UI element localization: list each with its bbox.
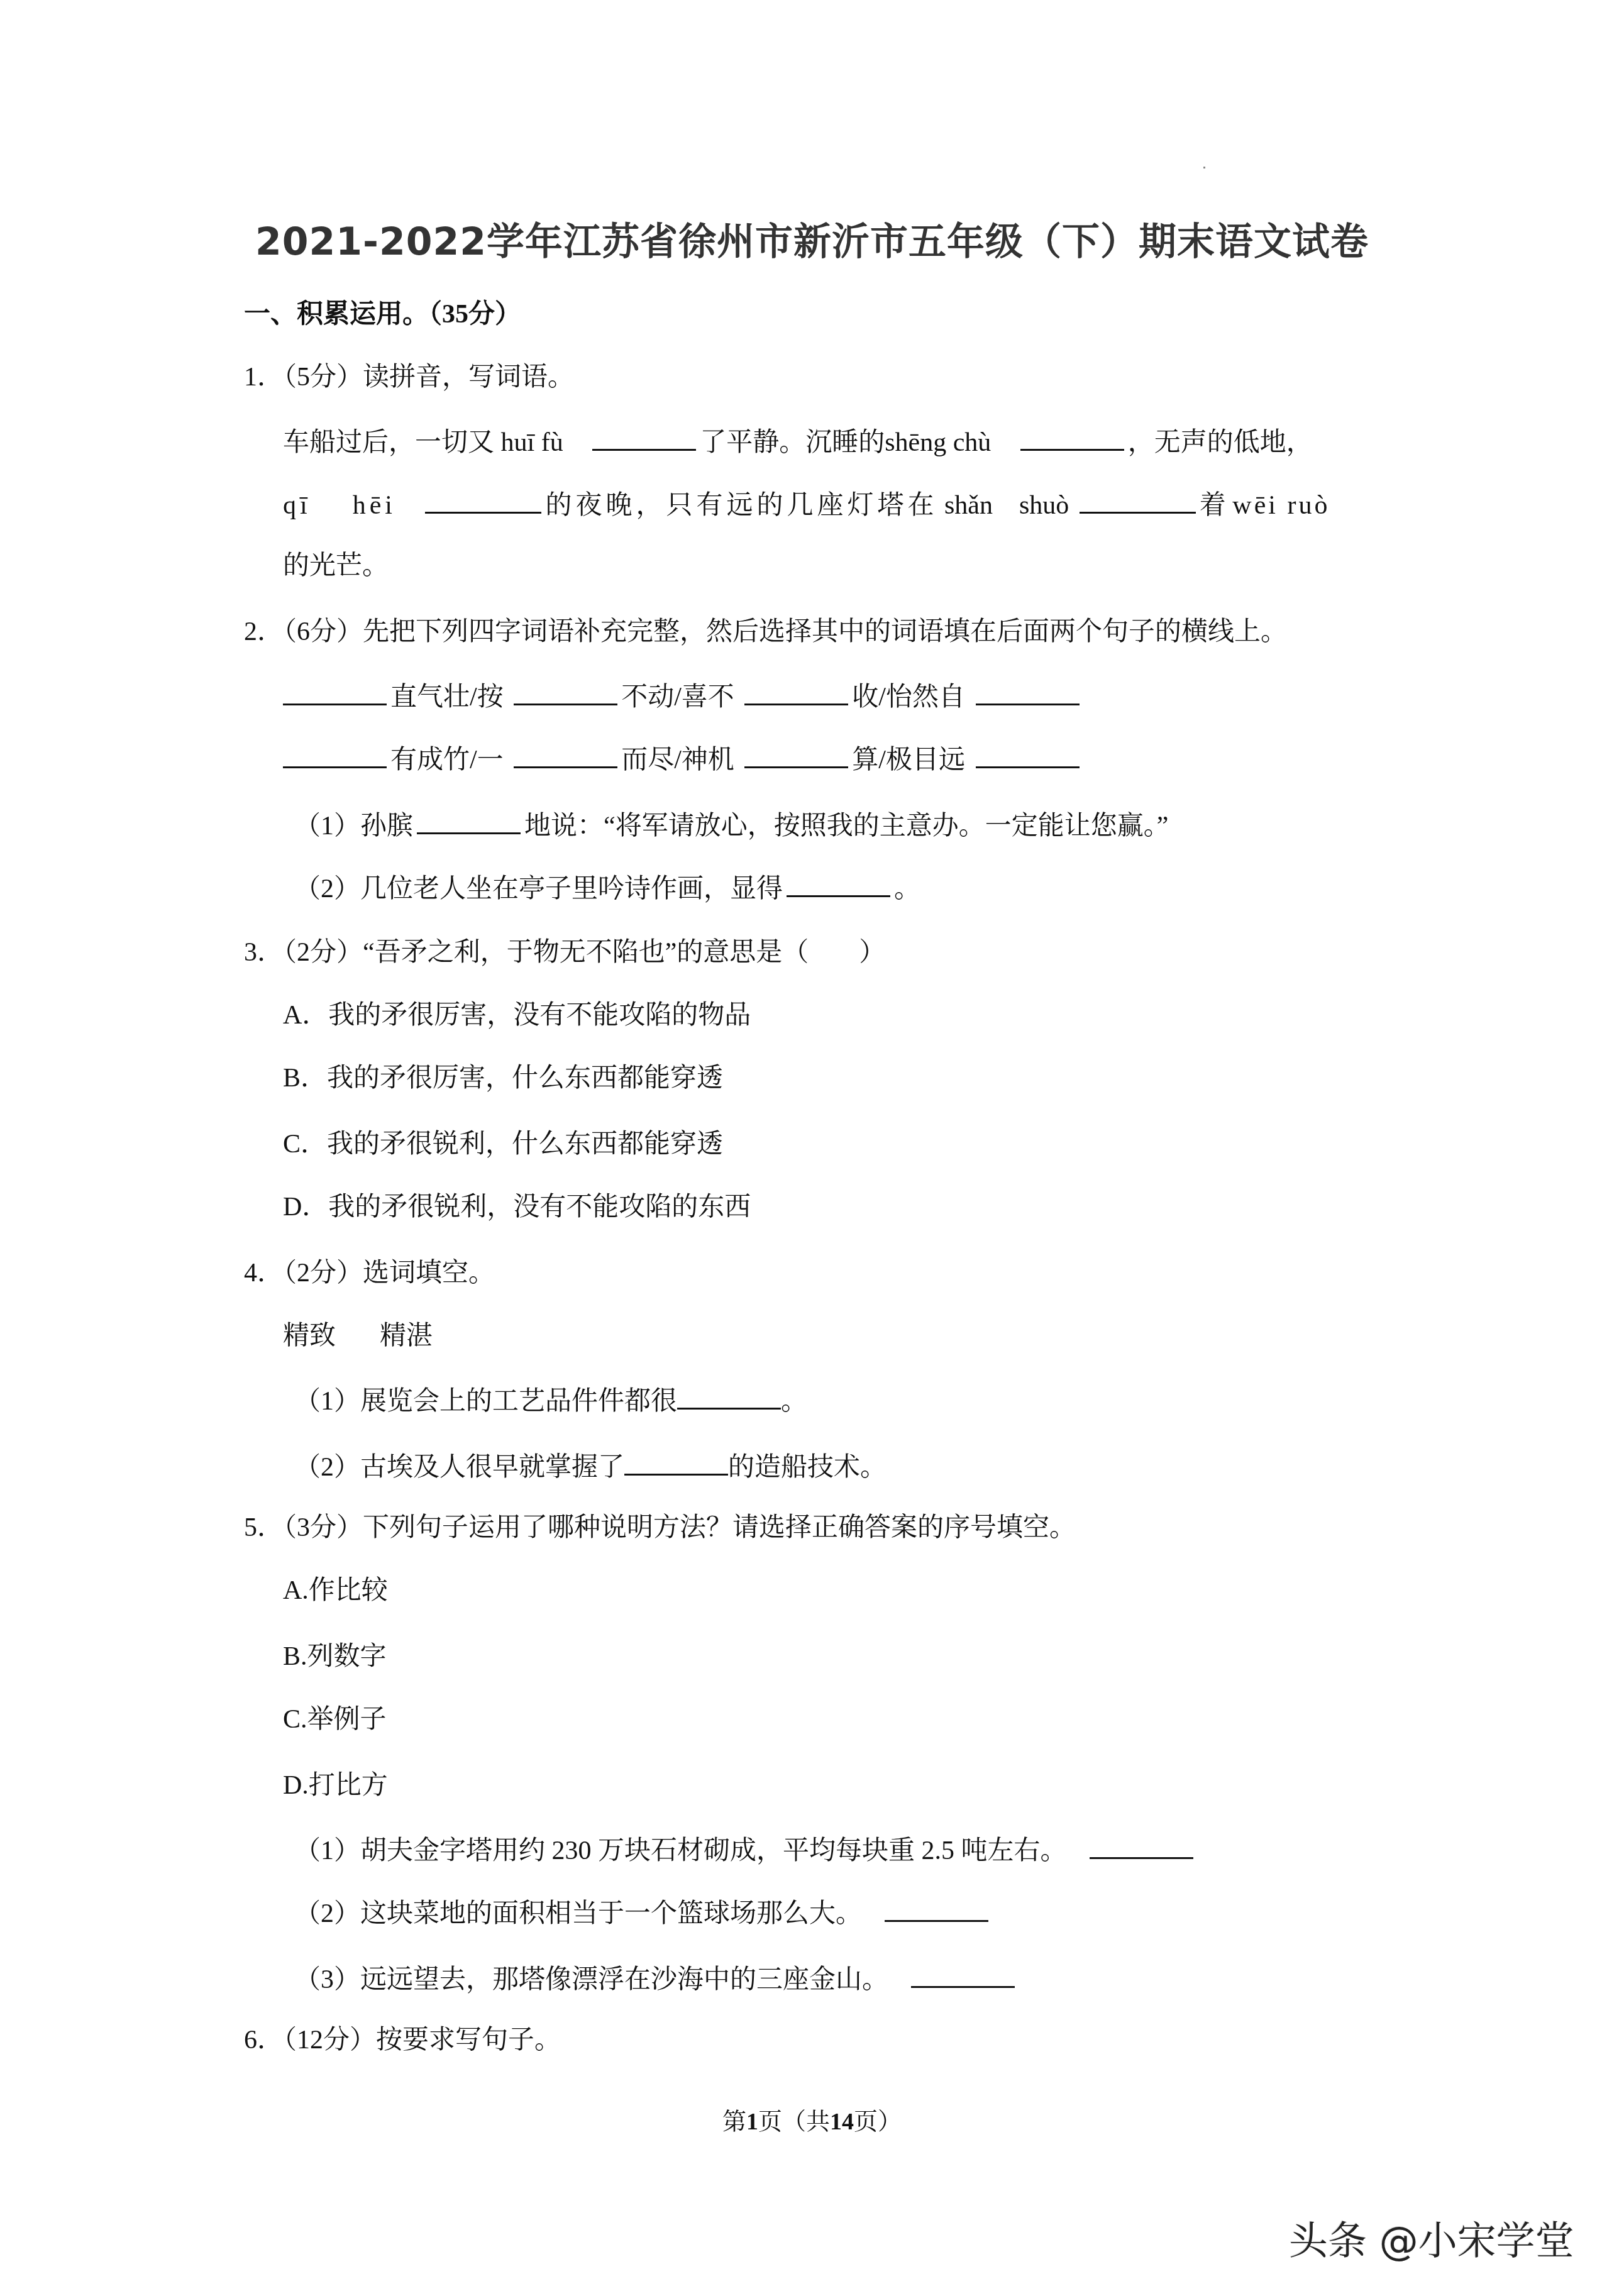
- question-5-stem: 5．（3分）下列句子运用了哪种说明方法？请选择正确答案的序号填空。: [244, 1509, 1076, 1547]
- answer-blank[interactable]: [283, 676, 387, 705]
- text: 第: [722, 2109, 746, 2135]
- answer-blank[interactable]: [624, 1446, 728, 1476]
- option-a[interactable]: A．我的矛很厉害，没有不能攻陷的物品: [283, 996, 751, 1034]
- idiom-fragment: 不动/喜不: [621, 683, 734, 712]
- answer-blank[interactable]: [976, 676, 1080, 705]
- page-total: 14: [830, 2109, 854, 2135]
- question-number: 4．: [244, 1259, 284, 1288]
- question-4-stem: 4．（2分）选词填空。: [244, 1254, 495, 1292]
- question-2-stem: 2．（6分）先把下列四字词语补充完整，然后选择其中的词语填在后面两个句子的横线上…: [244, 613, 1287, 651]
- option-c[interactable]: C．我的矛很锐利，什么东西都能穿透: [283, 1125, 723, 1163]
- text: （3）远远望去，那塔像漂浮在沙海中的三座金山。: [294, 1965, 888, 1994]
- text: 的夜晚，只有远的几座灯塔在: [545, 491, 937, 520]
- question-2-sub-2: （2）几位老人坐在亭子里吟诗作画，显得。: [294, 868, 920, 908]
- answer-blank[interactable]: [885, 1892, 988, 1922]
- question-number: 6．: [244, 2026, 284, 2055]
- question-1-line-3: 的光芒。: [283, 547, 389, 585]
- text: 了平静。沉睡的: [700, 428, 885, 457]
- idiom-row-2: 有成竹/一 而尽/神机 算/极目远: [283, 739, 1083, 779]
- question-5-sub-1: （1）胡夫金字塔用约 230 万块石材砌成，平均每块重 2.5 吨左右。: [294, 1830, 1197, 1870]
- question-3-stem: 3．（2分）“吾矛之利，于物无不陷也”的意思是（）: [244, 934, 885, 971]
- method-option-d: D.打比方: [283, 1767, 388, 1804]
- answer-blank[interactable]: [787, 868, 890, 897]
- pinyin: shēng chù: [885, 428, 991, 457]
- section-label: 一、积累运用。（: [244, 300, 442, 329]
- method-option-a: A.作比较: [283, 1572, 388, 1609]
- question-text: （3分）下列句子运用了哪种说明方法？请选择正确答案的序号填空。: [284, 1513, 1076, 1542]
- text: 的造船技术。: [728, 1453, 887, 1482]
- question-5-sub-2: （2）这块菜地的面积相当于一个篮球场那么大。: [294, 1892, 992, 1933]
- pinyin: wēi ruò: [1232, 491, 1330, 520]
- text: 车船过后，一切又: [283, 428, 494, 457]
- question-4-sub-1: （1）展览会上的工艺品件件都很。: [294, 1380, 807, 1420]
- answer-blank[interactable]: [417, 805, 521, 834]
- answer-blank[interactable]: [744, 676, 848, 705]
- question-1-line-2: qī hēi 的夜晚，只有远的几座灯塔在 shǎn shuò 着 wēi ruò: [283, 484, 1330, 524]
- idiom-fragment: 有成竹/一: [390, 746, 504, 775]
- question-number: 1．: [244, 363, 284, 392]
- question-text: （5分）读拼音，写词语。: [284, 363, 574, 392]
- text: （1）展览会上的工艺品件件都很: [294, 1387, 677, 1416]
- text: （2）几位老人坐在亭子里吟诗作画，显得: [294, 875, 783, 903]
- question-number: 3．: [244, 938, 284, 967]
- section-points: 35: [442, 300, 468, 329]
- text: ）: [859, 938, 885, 967]
- answer-blank[interactable]: [283, 739, 387, 768]
- answer-blank[interactable]: [744, 739, 848, 768]
- answer-blank[interactable]: [1090, 1830, 1193, 1859]
- text: （2）这块菜地的面积相当于一个篮球场那么大。: [294, 1899, 862, 1928]
- question-1-line-1: 车船过后，一切又 huī fù 了平静。沉睡的shēng chù ，无声的低地，: [283, 421, 1313, 461]
- answer-blank[interactable]: [976, 739, 1080, 768]
- text: （1）孙膑: [294, 812, 413, 841]
- text: （2）古埃及人很早就掌握了: [294, 1453, 624, 1482]
- text: 地说：“将军请放心，按照我的主意办。一定能让您赢。”: [524, 812, 1168, 841]
- text: ，无声的低地，: [1128, 428, 1313, 457]
- text: 。: [781, 1387, 807, 1416]
- answer-blank[interactable]: [514, 739, 617, 768]
- question-text: （6分）先把下列四字词语补充完整，然后选择其中的词语填在后面两个句子的横线上。: [284, 617, 1287, 646]
- answer-blank[interactable]: [1080, 484, 1196, 514]
- text: 页）: [854, 2109, 902, 2135]
- question-text: （12分）按要求写句子。: [284, 2026, 561, 2055]
- section-heading: 一、积累运用。（35分）: [244, 295, 521, 333]
- question-4-sub-2: （2）古埃及人很早就掌握了的造船技术。: [294, 1446, 887, 1486]
- question-text: （2分）“吾矛之利，于物无不陷也”的意思是（: [284, 938, 809, 967]
- text: 页（共: [758, 2109, 830, 2135]
- text: （1）胡夫金字塔用约 230 万块石材砌成，平均每块重 2.5 吨左右。: [294, 1836, 1067, 1865]
- pinyin: shǎn shuò: [944, 491, 1069, 520]
- pinyin: huī fù: [501, 428, 563, 457]
- question-number: 5．: [244, 1513, 284, 1542]
- method-option-c: C.举例子: [283, 1701, 387, 1738]
- text: 。: [894, 875, 920, 903]
- answer-blank[interactable]: [1020, 421, 1124, 451]
- idiom-row-1: 直气壮/按 不动/喜不 收/怡然自: [283, 676, 1083, 716]
- page-title: 2021-2022学年江苏省徐州市新沂市五年级（下）期末语文试卷: [0, 217, 1624, 267]
- pinyin: qī hēi: [283, 491, 396, 520]
- question-text: （2分）选词填空。: [284, 1259, 495, 1288]
- question-5-sub-3: （3）远远望去，那塔像漂浮在沙海中的三座金山。: [294, 1958, 1019, 1999]
- watermark: 头条 @小宋学堂: [1289, 2213, 1574, 2270]
- idiom-fragment: 算/极目远: [852, 746, 965, 775]
- question-2-sub-1: （1）孙膑地说：“将军请放心，按照我的主意办。一定能让您赢。”: [294, 805, 1168, 845]
- page-footer: 第1页（共14页）: [0, 2106, 1624, 2138]
- word-choice: 精湛: [380, 1322, 433, 1350]
- word-choice: 精致: [283, 1322, 336, 1350]
- answer-blank[interactable]: [514, 676, 617, 705]
- page-number: 1: [746, 2109, 758, 2135]
- answer-blank[interactable]: [677, 1380, 781, 1410]
- idiom-fragment: 而尽/神机: [621, 746, 734, 775]
- scan-speck: [1203, 167, 1205, 168]
- question-1-stem: 1．（5分）读拼音，写词语。: [244, 358, 574, 396]
- text: 着: [1200, 491, 1226, 520]
- answer-blank[interactable]: [425, 484, 541, 514]
- question-6-stem: 6．（12分）按要求写句子。: [244, 2021, 561, 2059]
- exam-page: 2021-2022学年江苏省徐州市新沂市五年级（下）期末语文试卷 一、积累运用。…: [0, 0, 1624, 2296]
- option-b[interactable]: B．我的矛很厉害，什么东西都能穿透: [283, 1059, 723, 1097]
- option-d[interactable]: D．我的矛很锐利，没有不能攻陷的东西: [283, 1188, 751, 1226]
- section-suffix: 分）: [468, 300, 521, 329]
- question-number: 2．: [244, 617, 284, 646]
- method-option-b: B.列数字: [283, 1638, 387, 1675]
- word-choices: 精致精湛: [283, 1317, 433, 1355]
- idiom-fragment: 直气壮/按: [390, 683, 504, 712]
- answer-blank[interactable]: [592, 421, 696, 451]
- idiom-fragment: 收/怡然自: [852, 683, 965, 712]
- answer-blank[interactable]: [911, 1958, 1015, 1988]
